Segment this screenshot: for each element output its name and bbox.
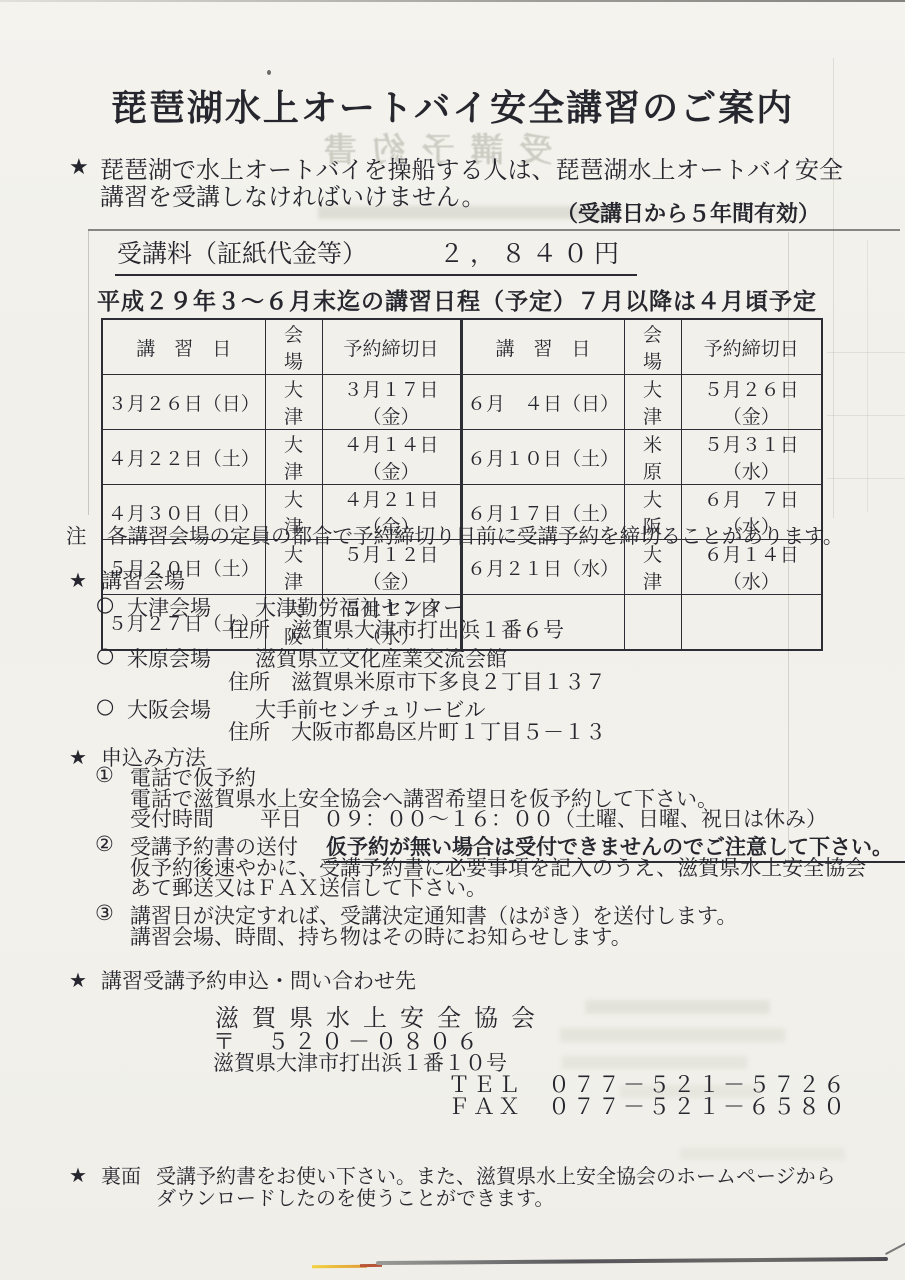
step2-body-2: あて郵送又はＦＡＸ送信して下さい。 bbox=[130, 872, 487, 902]
section-frame-left-line bbox=[88, 231, 89, 515]
scanned-document-page: 受講予約書 琵琶湖水上オートバイ安全講習のご案内 ★ 琵琶湖で水上オートバイを操… bbox=[0, 0, 905, 1280]
cell-deadline: ５月２６日（金） bbox=[681, 375, 822, 430]
back-note-line-2: ダウンロードしたのを使うことができます。 bbox=[156, 1182, 554, 1211]
scan-bottom-band-artifact bbox=[312, 1265, 367, 1268]
star-bullet-icon: ★ bbox=[69, 1163, 87, 1187]
page-title: 琵琶湖水上オートバイ安全講習のご案内 bbox=[0, 80, 905, 131]
scan-top-edge-artifact bbox=[0, 0, 905, 2]
bleed-through-grid-line bbox=[827, 415, 905, 416]
circle-bullet-icon: ○ bbox=[96, 643, 114, 667]
bleed-through-grid-line bbox=[827, 352, 905, 353]
table-row: ４月２２日（土） 大 津 ４月１４日（金） ６月１０日（土） 米 原 ５月３１日… bbox=[102, 430, 822, 485]
fee-amount: ２，８４０円 bbox=[439, 239, 625, 268]
star-bullet-icon: ★ bbox=[69, 968, 87, 992]
table-header-row: 講 習 日 会 場 予約締切日 講 習 日 会 場 予約締切日 bbox=[102, 319, 822, 375]
cell-venue: 米 原 bbox=[624, 430, 681, 485]
back-note-label: 裏面 bbox=[101, 1160, 141, 1189]
schedule-note: 注 各講習会場の定員の都合で予約締切り日前に受講予約を締切ることがあります。 bbox=[66, 519, 843, 549]
venue-address: 住所 滋賀県大津市打出浜１番６号 bbox=[228, 614, 564, 644]
cell-venue: 大 津 bbox=[265, 375, 322, 430]
contact-heading: 講習受講予約申込・問い合わせ先 bbox=[101, 965, 416, 995]
section-frame-top-line bbox=[88, 229, 900, 231]
scan-bottom-band-artifact bbox=[376, 1257, 888, 1265]
schedule-heading: 平成２９年３～６月末迄の講習日程（予定）７月以降は４月頃予定 bbox=[97, 283, 817, 316]
venue-address: 住所 滋賀県米原市下多良２丁目１３７ bbox=[228, 666, 606, 696]
table-row: ３月２６日（日） 大 津 ３月１７日（金） ６月 ４日（日） 大 津 ５月２６日… bbox=[102, 375, 822, 430]
bleed-through-grid-line bbox=[867, 240, 868, 512]
col-header-venue: 会 場 bbox=[624, 319, 681, 375]
bleed-through-grid-line bbox=[827, 478, 905, 479]
bleed-through-smudge bbox=[585, 1000, 770, 1014]
cell-deadline: ５月３１日（水） bbox=[681, 430, 822, 485]
scan-bottom-band-artifact bbox=[885, 1241, 905, 1255]
cell-date: ６月１０日（土） bbox=[461, 430, 624, 485]
scan-speck-artifact bbox=[267, 70, 271, 75]
venue-name: 大津会場 bbox=[127, 592, 227, 622]
bleed-through-smudge bbox=[560, 1028, 785, 1042]
hours-value: 平日 ０９：００～１６：００（土曜、日曜、祝日は休み） bbox=[260, 807, 827, 831]
cell-venue: 大 津 bbox=[265, 430, 322, 485]
venue-name: 大阪会場 bbox=[127, 694, 227, 724]
step1-number-icon: ① bbox=[95, 763, 114, 787]
step3-number-icon: ③ bbox=[95, 901, 114, 925]
star-bullet-icon: ★ bbox=[69, 568, 87, 592]
circle-bullet-icon: ○ bbox=[96, 694, 114, 718]
col-header-deadline: 予約締切日 bbox=[322, 319, 461, 375]
col-header-deadline: 予約締切日 bbox=[681, 319, 822, 375]
cell-date: ６月 ４日（日） bbox=[461, 375, 624, 430]
cell-date: ４月２２日（土） bbox=[102, 430, 265, 485]
cell-deadline: ４月１４日（金） bbox=[322, 430, 461, 485]
col-header-date: 講 習 日 bbox=[461, 319, 624, 375]
col-header-date: 講 習 日 bbox=[102, 319, 265, 375]
cell-deadline: ３月１７日（金） bbox=[322, 375, 461, 430]
cell-venue bbox=[624, 595, 681, 651]
cell-deadline bbox=[681, 595, 822, 651]
circle-bullet-icon: ○ bbox=[96, 592, 114, 616]
venue-address: 住所 大阪市都島区片町１丁目５－１３ bbox=[228, 716, 606, 746]
contact-fax: ＦＡＸ ０７７－５２１－６５８０ bbox=[448, 1090, 848, 1121]
hours-label: 受付時間 bbox=[130, 807, 214, 831]
step2-number-icon: ② bbox=[95, 832, 114, 856]
bleed-through-smudge bbox=[680, 1148, 845, 1160]
step1-hours-line: 受付時間平日 ０９：００～１６：００（土曜、日曜、祝日は休み） bbox=[130, 803, 827, 833]
col-header-venue: 会 場 bbox=[265, 319, 322, 375]
cell-venue: 大 津 bbox=[624, 375, 681, 430]
star-bullet-icon: ★ bbox=[69, 745, 87, 769]
venues-heading: 講習会場 bbox=[101, 565, 185, 595]
star-bullet-icon: ★ bbox=[69, 155, 89, 180]
intro-line-2: 講習を受講しなければいけません。 bbox=[100, 177, 485, 212]
venue-name: 米原会場 bbox=[127, 643, 227, 673]
validity-note: （受講日から５年間有効） bbox=[556, 197, 820, 228]
fee-label: 受講料（証紙代金等） bbox=[117, 239, 367, 268]
cell-date: ３月２６日（日） bbox=[102, 375, 265, 430]
fee-line: 受講料（証紙代金等）２，８４０円 bbox=[115, 234, 637, 276]
step3-body-2: 講習会場、時間、持ち物はその時にお知らせします。 bbox=[130, 921, 632, 951]
